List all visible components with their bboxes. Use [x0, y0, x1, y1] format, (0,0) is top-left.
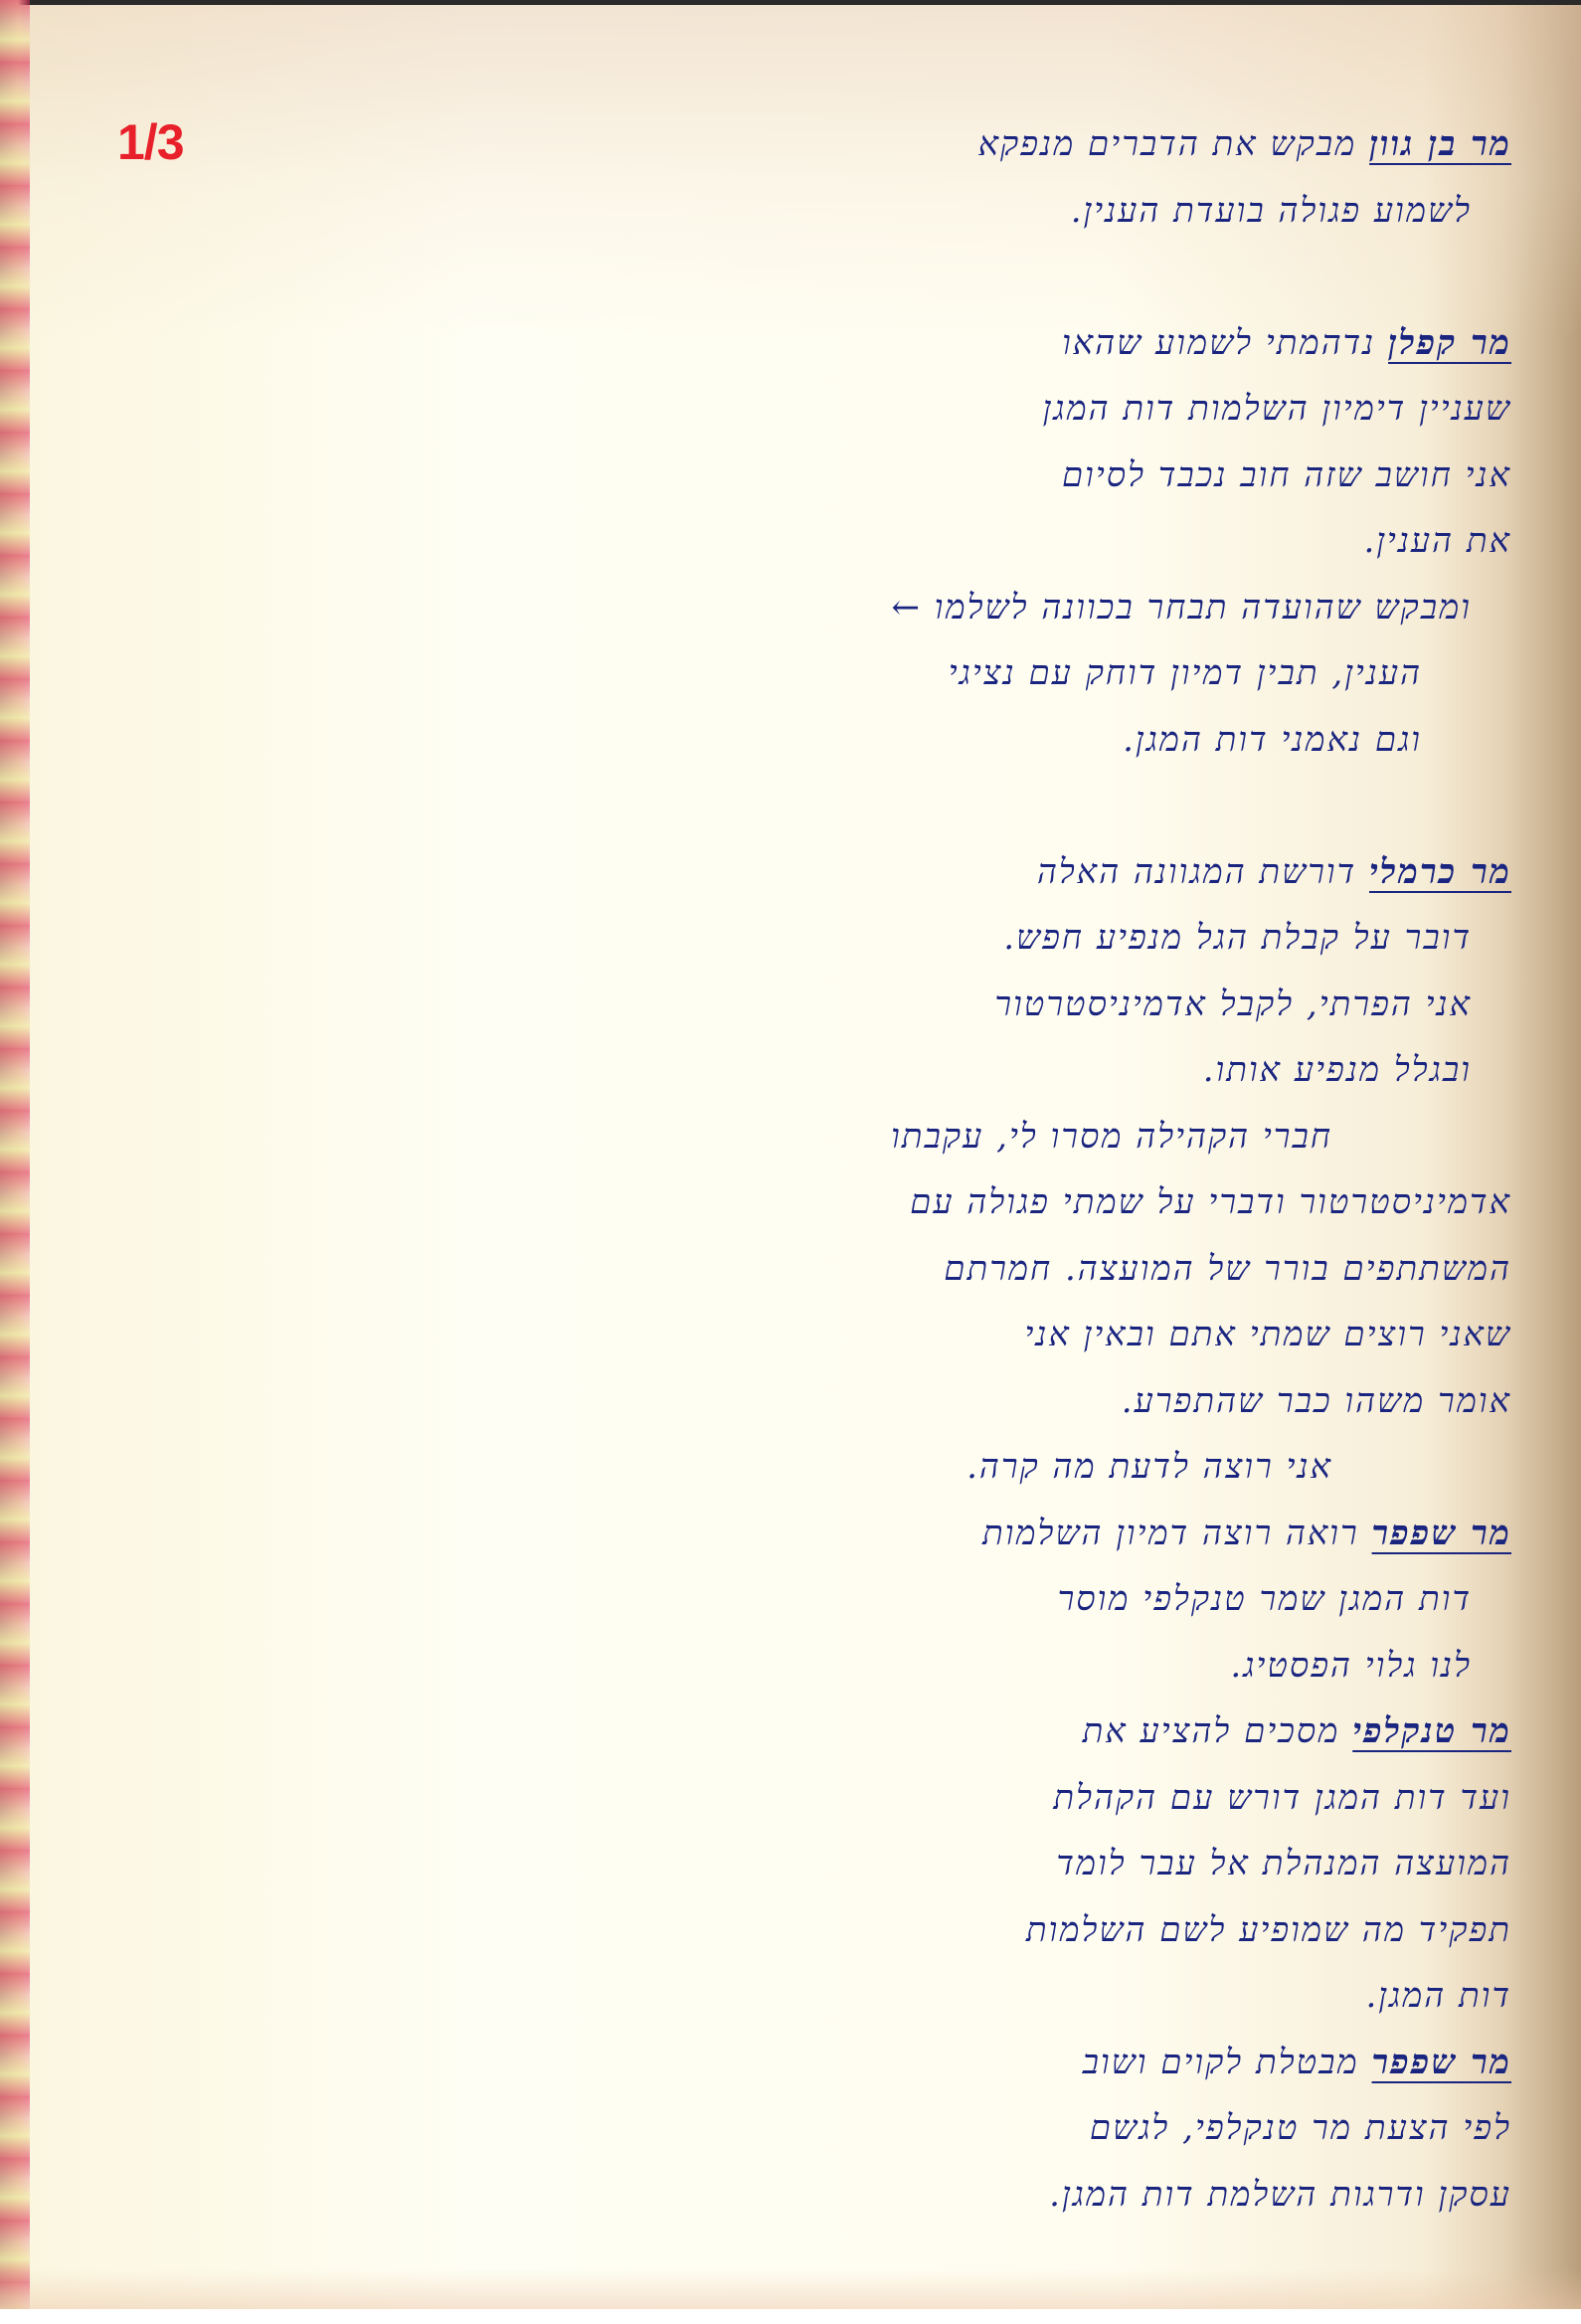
- handwritten-line: דות המגן.: [776, 1963, 1511, 2030]
- handwritten-line: ובגלל מנפיע אותו.: [776, 1037, 1511, 1104]
- minutes-entry: מר כרמלי דורשת המגוונה האלה דובר על קבלת…: [776, 839, 1511, 1501]
- speaker-name: מר כרמלי: [1369, 852, 1511, 892]
- handwritten-line: לנו גלוי הפסטיג.: [776, 1633, 1511, 1699]
- handwritten-line: מבקש את הדברים מנפקא: [978, 124, 1357, 164]
- notebook-binding-edge: [0, 0, 30, 2309]
- handwritten-line: לשמוע פגולה בועדת הענין.: [776, 178, 1511, 245]
- handwritten-line: אומר משהו כבר שהתפרע.: [776, 1368, 1511, 1435]
- handwritten-line: אדמיניסטרטור ודברי על שמתי פגולה עם: [776, 1169, 1511, 1236]
- handwritten-line: לפי הצעת מר טנקלפי, לגשם: [776, 2095, 1511, 2162]
- handwritten-line: את הענין.: [776, 508, 1511, 575]
- handwritten-line: דורשת המגוונה האלה: [1037, 852, 1356, 892]
- handwritten-line: וגם נאמני דות המגן.: [776, 707, 1511, 774]
- handwritten-line: הענין, תבין דמיון דוחק עם נציגי: [776, 640, 1511, 707]
- handwritten-line: ומבקש שהועדה תבחר בכוונה לשלמו ←: [776, 575, 1511, 641]
- handwritten-minutes: מר בן גוון מבקש את הדברים מנפקא לשמוע פג…: [776, 111, 1511, 2228]
- handwritten-line: נדהמתי לשמוע שהאו: [1062, 323, 1375, 363]
- handwritten-line: ועד דות המגן דורש עם הקהלת: [776, 1765, 1511, 1832]
- handwritten-line: תפקיד מה שמופיע לשם השלמות: [776, 1897, 1511, 1964]
- handwritten-line: אני חושב שזה חוב נכבד לסיום: [776, 443, 1511, 509]
- minutes-entry: מר טנקלפי מסכים להציע את ועד דות המגן דו…: [776, 1698, 1511, 2030]
- speaker-name: מר שפפר: [1372, 1514, 1511, 1553]
- minutes-entry: מר קפלן נדהמתי לשמוע שהאו שעניין דימיון …: [776, 310, 1511, 774]
- handwritten-line: המועצה המנהלת אל עבר לומד: [776, 1831, 1511, 1897]
- minutes-entry: מר בן גוון מבקש את הדברים מנפקא לשמוע פג…: [776, 111, 1511, 244]
- minutes-entry: מר שפפר מבטלת לקוים ושוב לפי הצעת מר טנק…: [776, 2030, 1511, 2229]
- handwritten-line: רואה רוצה דמיון השלמות: [982, 1514, 1359, 1553]
- handwritten-line: שאני רוצים שמתי אתם ובאין אני: [776, 1302, 1511, 1368]
- notebook-page: 1/3 מר בן גוון מבקש את הדברים מנפקא לשמו…: [0, 0, 1581, 2309]
- handwritten-line: עסקן ודרגות השלמת דות המגן.: [776, 2162, 1511, 2229]
- handwritten-line: דות המגן שמר טנקלפי מוסר: [776, 1566, 1511, 1633]
- minutes-entry: מר שפפר רואה רוצה דמיון השלמות דות המגן …: [776, 1501, 1511, 1699]
- handwritten-line: המשתתפים בורר של המועצה. חמרתם: [776, 1236, 1511, 1303]
- handwritten-line: מבטלת לקוים ושוב: [1083, 2043, 1359, 2082]
- speaker-name: מר טנקלפי: [1352, 1711, 1511, 1751]
- speaker-name: מר בן גוון: [1369, 124, 1511, 164]
- handwritten-line: דובר על קבלת הגל מנפיע חפש.: [776, 905, 1511, 972]
- handwritten-line: אני רוצה לדעת מה קרה.: [776, 1434, 1511, 1501]
- handwritten-line: חברי הקהילה מסרו לי, עקבתו: [776, 1104, 1511, 1170]
- page-number-label: 1/3: [117, 117, 184, 167]
- handwritten-line: מסכים להציע את: [1083, 1711, 1340, 1751]
- speaker-name: מר שפפר: [1372, 2043, 1511, 2082]
- handwritten-line: אני הפרתי, לקבל אדמיניסטרטור: [776, 972, 1511, 1038]
- speaker-name: מר קפלן: [1388, 323, 1511, 363]
- handwritten-line: שעניין דימיון השלמות דות המגן: [776, 376, 1511, 443]
